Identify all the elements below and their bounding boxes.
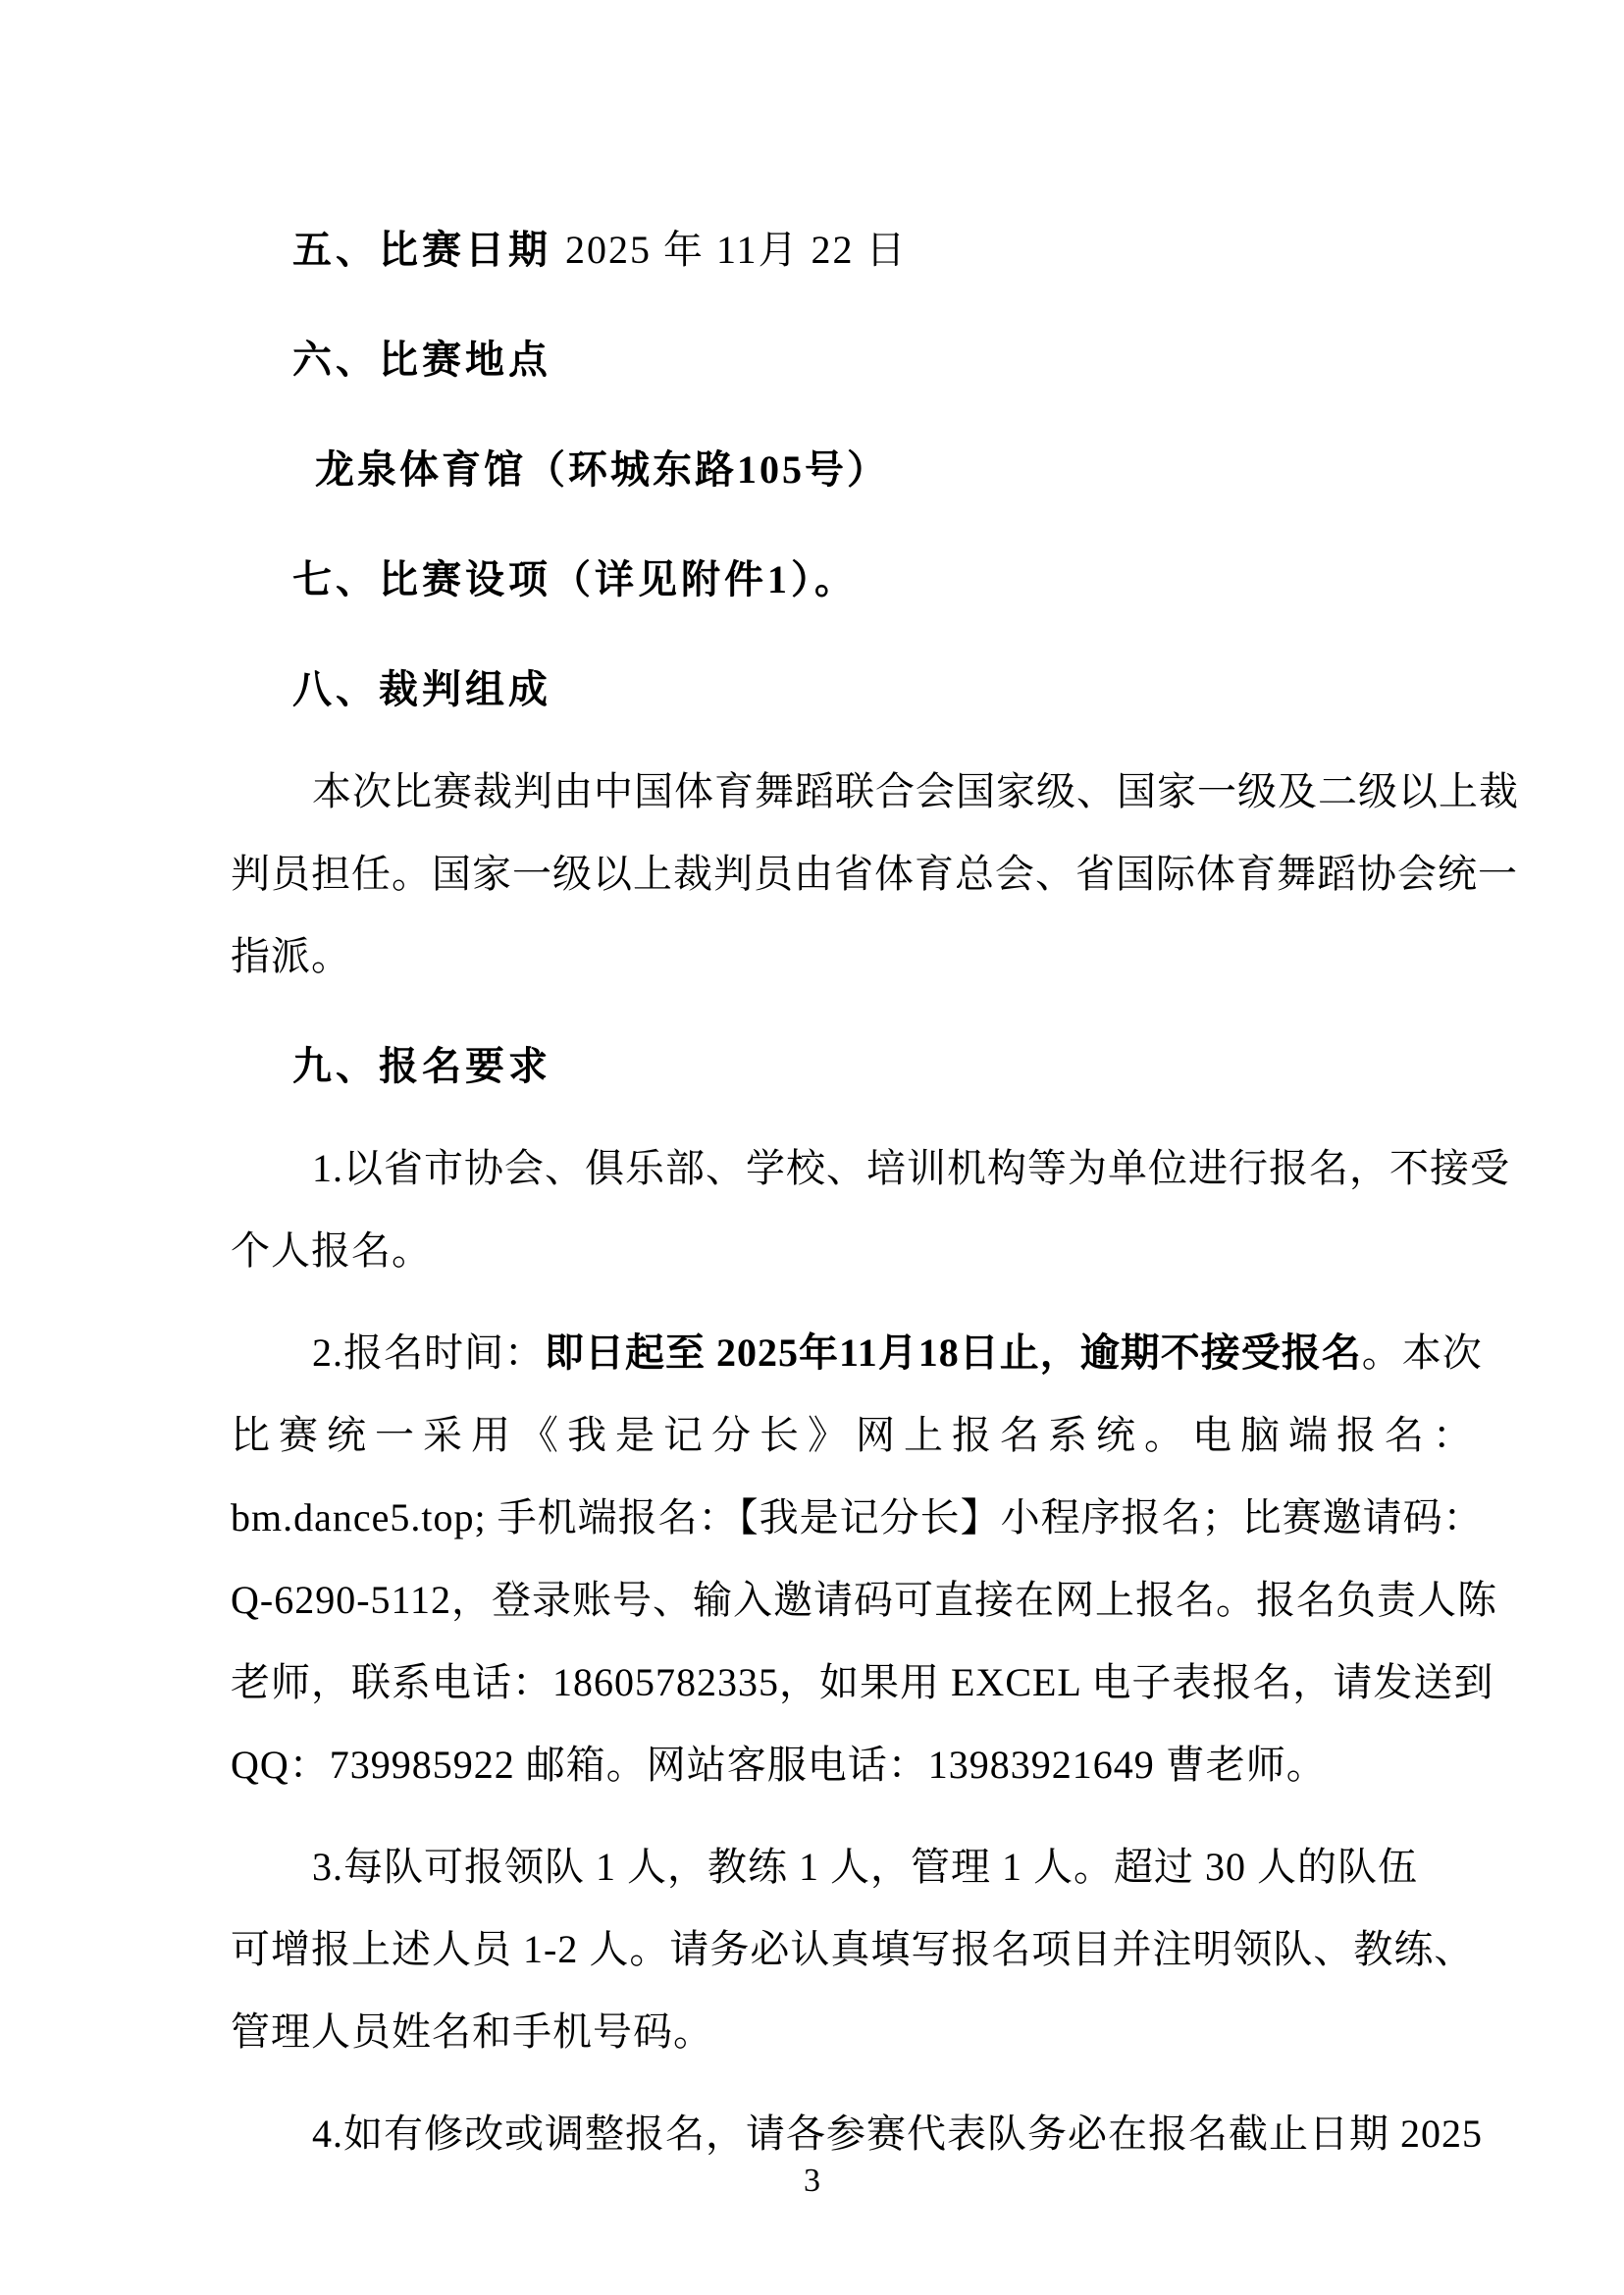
text-line: 本次比赛裁判由中国体育舞蹈联合会国家级、国家一级及二级以上裁 bbox=[231, 751, 1489, 833]
text-line: 可增报上述人员 1-2 人。请务必认真填写报名项目并注明领队、教练、 bbox=[231, 1908, 1489, 1991]
text-line: 1.以省市协会、俱乐部、学校、培训机构等为单位进行报名，不接受 bbox=[231, 1127, 1489, 1210]
text-line: 比赛统一采用《我是记分长》网上报名系统。电脑端报名： bbox=[231, 1394, 1489, 1477]
reg-time-suffix: 。本次 bbox=[1362, 1330, 1483, 1375]
heading-competition-date-label: 五、比赛日期 bbox=[292, 228, 551, 272]
competition-date-value: 2025 年 11月 22 日 bbox=[565, 228, 908, 272]
paragraph-registration-item3: 3.每队可报领队 1 人，教练 1 人，管理 1 人。超过 30 人的队伍 可增… bbox=[231, 1826, 1489, 2073]
heading-judges-composition: 八、裁判组成 bbox=[231, 649, 1489, 731]
page-number: 3 bbox=[0, 2162, 1624, 2201]
heading-competition-date: 五、比赛日期2025 年 11月 22 日 bbox=[231, 209, 1489, 291]
text-line: 老师，联系电话：18605782335，如果用 EXCEL 电子表报名，请发送到 bbox=[231, 1642, 1489, 1724]
reg-time-prefix: 2.报名时间： bbox=[312, 1330, 545, 1375]
text-line: bm.dance5.top; 手机端报名：【我是记分长】小程序报名；比赛邀请码： bbox=[231, 1477, 1489, 1559]
document-body: 五、比赛日期2025 年 11月 22 日 六、比赛地点 龙泉体育馆（环城东路1… bbox=[231, 209, 1489, 2175]
reg-deadline-bold: 即日起至 2025年11月18日止，逾期不接受报名 bbox=[545, 1330, 1362, 1375]
paragraph-registration-item1: 1.以省市协会、俱乐部、学校、培训机构等为单位进行报名，不接受 个人报名。 bbox=[231, 1127, 1489, 1292]
paragraph-registration-item2: 2.报名时间：即日起至 2025年11月18日止，逾期不接受报名。本次 比赛统一… bbox=[231, 1312, 1489, 1806]
heading-competition-events: 七、比赛设项（详见附件1）。 bbox=[231, 539, 1489, 621]
heading-competition-location: 六、比赛地点 bbox=[231, 319, 1489, 401]
document-page: 五、比赛日期2025 年 11月 22 日 六、比赛地点 龙泉体育馆（环城东路1… bbox=[0, 0, 1624, 2295]
text-line: 2.报名时间：即日起至 2025年11月18日止，逾期不接受报名。本次 bbox=[231, 1312, 1489, 1394]
text-line: 判员担任。国家一级以上裁判员由省体育总会、省国际体育舞蹈协会统一 bbox=[231, 833, 1489, 915]
text-line: QQ：739985922 邮箱。网站客服电话：13983921649 曹老师。 bbox=[231, 1724, 1489, 1806]
paragraph-judges: 本次比赛裁判由中国体育舞蹈联合会国家级、国家一级及二级以上裁 判员担任。国家一级… bbox=[231, 751, 1489, 998]
text-line: 3.每队可报领队 1 人，教练 1 人，管理 1 人。超过 30 人的队伍 bbox=[231, 1826, 1489, 1908]
text-line: 管理人员姓名和手机号码。 bbox=[231, 1991, 1489, 2073]
text-line: 个人报名。 bbox=[231, 1210, 1489, 1292]
heading-registration-requirements: 九、报名要求 bbox=[231, 1025, 1489, 1108]
venue-line: 龙泉体育馆（环城东路105号） bbox=[231, 429, 1489, 511]
text-line: Q-6290-5112，登录账号、输入邀请码可直接在网上报名。报名负责人陈 bbox=[231, 1559, 1489, 1642]
text-line: 指派。 bbox=[231, 915, 1489, 998]
